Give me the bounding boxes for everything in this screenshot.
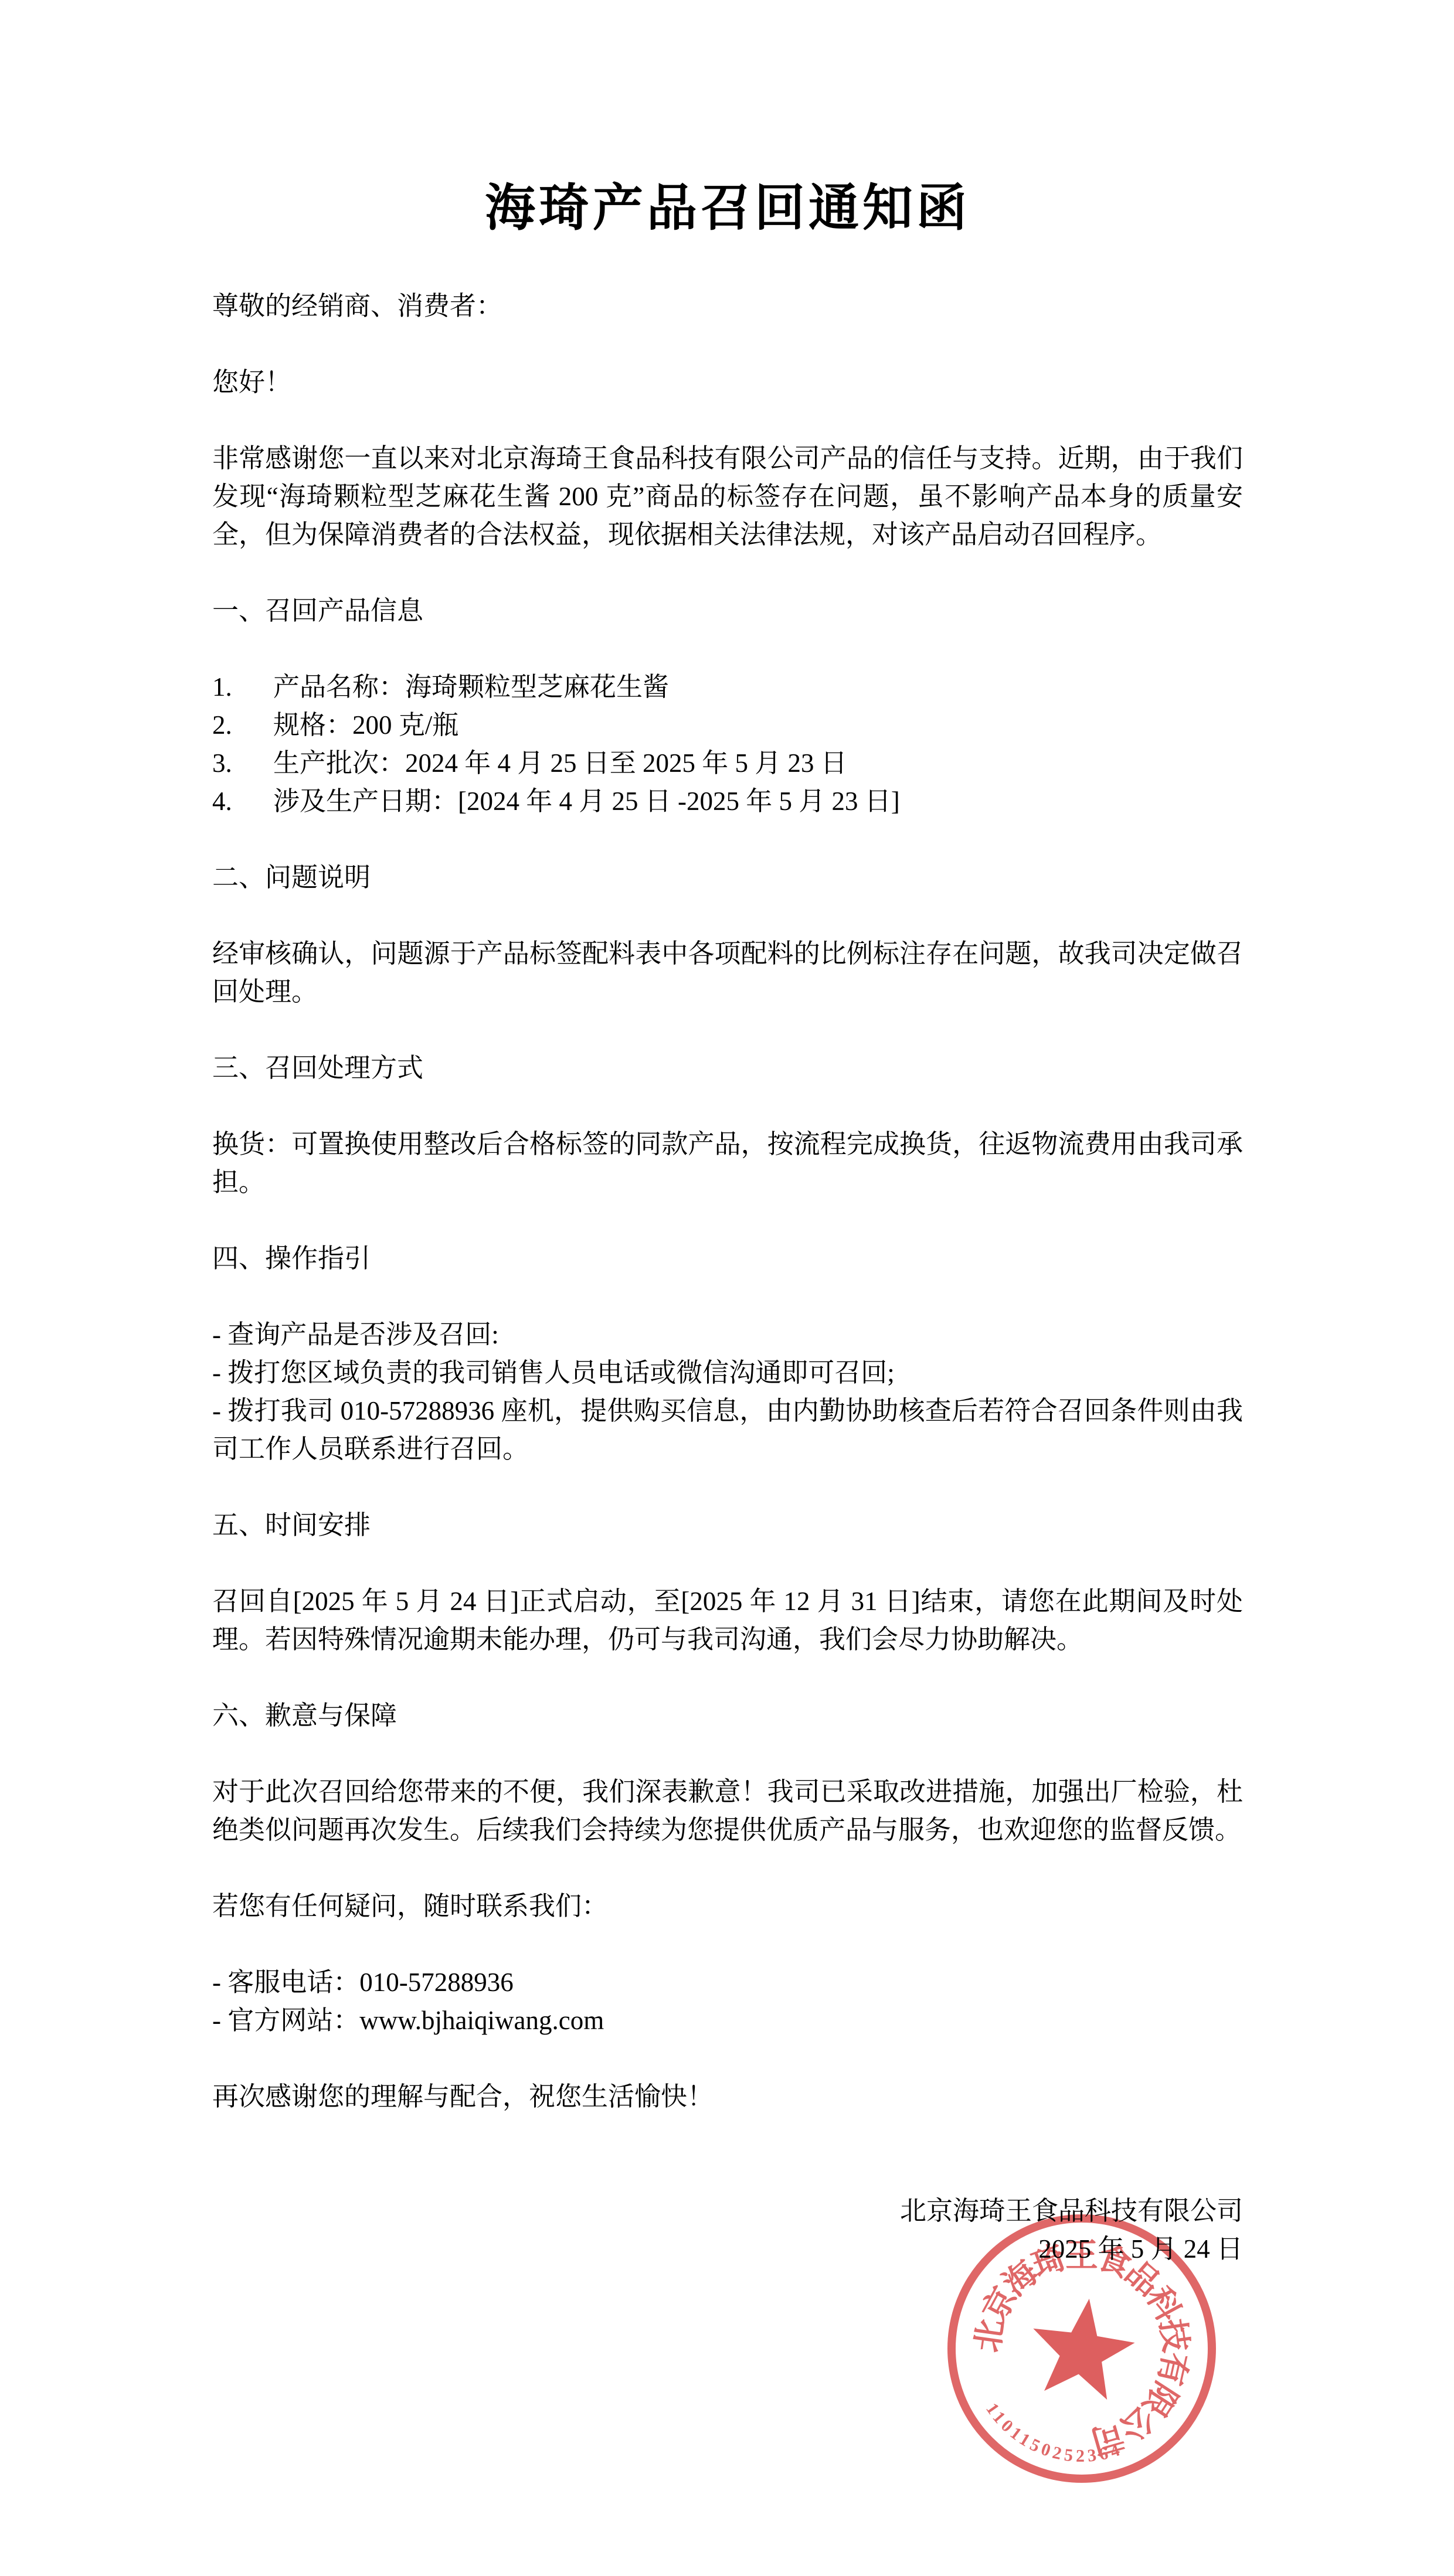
signature-block: 北京海琦王食品科技有限公司 2025 年 5 月 24 日: [212, 2192, 1243, 2268]
section-heading-apology: 六、歉意与保障: [212, 1697, 1243, 1735]
list-item: 2. 规格：200 克/瓶: [212, 706, 1243, 744]
bullet-line: - 拨打我司 010-57288936 座机，提供购买信息，由内勤协助核查后若符…: [212, 1392, 1243, 1468]
problem-description-paragraph: 经审核确认，问题源于产品标签配料表中各项配料的比例标注存在问题，故我司决定做召回…: [212, 935, 1243, 1011]
bullet-line: - 拨打您区域负责的我司销售人员电话或微信沟通即可召回;: [212, 1354, 1243, 1392]
recall-method-paragraph: 换货：可置换使用整改后合格标签的同款产品，按流程完成换货，往返物流费用由我司承担…: [212, 1125, 1243, 1202]
section-heading-problem-description: 二、问题说明: [212, 859, 1243, 897]
section-heading-operation-guide: 四、操作指引: [212, 1240, 1243, 1278]
list-item-number: 2.: [212, 706, 273, 744]
contact-phone-line: - 客服电话：010-57288936: [212, 1964, 1243, 2002]
salutation: 尊敬的经销商、消费者：: [212, 287, 1243, 325]
list-item: 1. 产品名称：海琦颗粒型芝麻花生酱: [212, 668, 1243, 706]
contact-website-line: - 官方网站：www.bjhaiqiwang.com: [212, 2002, 1243, 2040]
list-item-text: 涉及生产日期：[2024 年 4 月 25 日 -2025 年 5 月 23 日…: [273, 782, 1243, 821]
list-item-number: 4.: [212, 782, 273, 821]
operation-guide-bullets: - 查询产品是否涉及召回: - 拨打您区域负责的我司销售人员电话或微信沟通即可召…: [212, 1316, 1243, 1468]
list-item-text: 生产批次：2024 年 4 月 25 日至 2025 年 5 月 23 日: [273, 744, 1243, 782]
closing-line: 再次感谢您的理解与配合，祝您生活愉快！: [212, 2078, 1243, 2116]
greeting: 您好！: [212, 363, 1243, 401]
list-item-text: 产品名称：海琦颗粒型芝麻花生酱: [273, 668, 1243, 706]
product-info-list: 1. 产品名称：海琦颗粒型芝麻花生酱 2. 规格：200 克/瓶 3. 生产批次…: [212, 668, 1243, 821]
signature-date: 2025 年 5 月 24 日: [212, 2230, 1243, 2268]
intro-paragraph: 非常感谢您一直以来对北京海琦王食品科技有限公司产品的信任与支持。近期，由于我们发…: [212, 440, 1243, 554]
apology-paragraph: 对于此次召回给您带来的不便，我们深表歉意！我司已采取改进措施，加强出厂检验，杜绝…: [212, 1773, 1243, 1849]
bullet-line: - 查询产品是否涉及召回:: [212, 1316, 1243, 1354]
schedule-paragraph: 召回自[2025 年 5 月 24 日]正式启动，至[2025 年 12 月 3…: [212, 1583, 1243, 1659]
list-item-number: 1.: [212, 668, 273, 706]
contact-intro: 若您有任何疑问，随时联系我们：: [212, 1887, 1243, 1925]
recall-letter-page: 海琦产品召回通知函 尊敬的经销商、消费者： 您好！ 非常感谢您一直以来对北京海琦…: [0, 0, 1454, 2576]
section-heading-recall-product-info: 一、召回产品信息: [212, 592, 1243, 630]
section-heading-recall-method: 三、召回处理方式: [212, 1049, 1243, 1087]
list-item-number: 3.: [212, 744, 273, 782]
section-heading-schedule: 五、时间安排: [212, 1506, 1243, 1544]
list-item: 3. 生产批次：2024 年 4 月 25 日至 2025 年 5 月 23 日: [212, 744, 1243, 782]
list-item-text: 规格：200 克/瓶: [273, 706, 1243, 744]
signature-company: 北京海琦王食品科技有限公司: [212, 2192, 1243, 2230]
list-item: 4. 涉及生产日期：[2024 年 4 月 25 日 -2025 年 5 月 2…: [212, 782, 1243, 821]
contact-list: - 客服电话：010-57288936 - 官方网站：www.bjhaiqiwa…: [212, 1964, 1243, 2040]
page-title: 海琦产品召回通知函: [212, 182, 1243, 234]
